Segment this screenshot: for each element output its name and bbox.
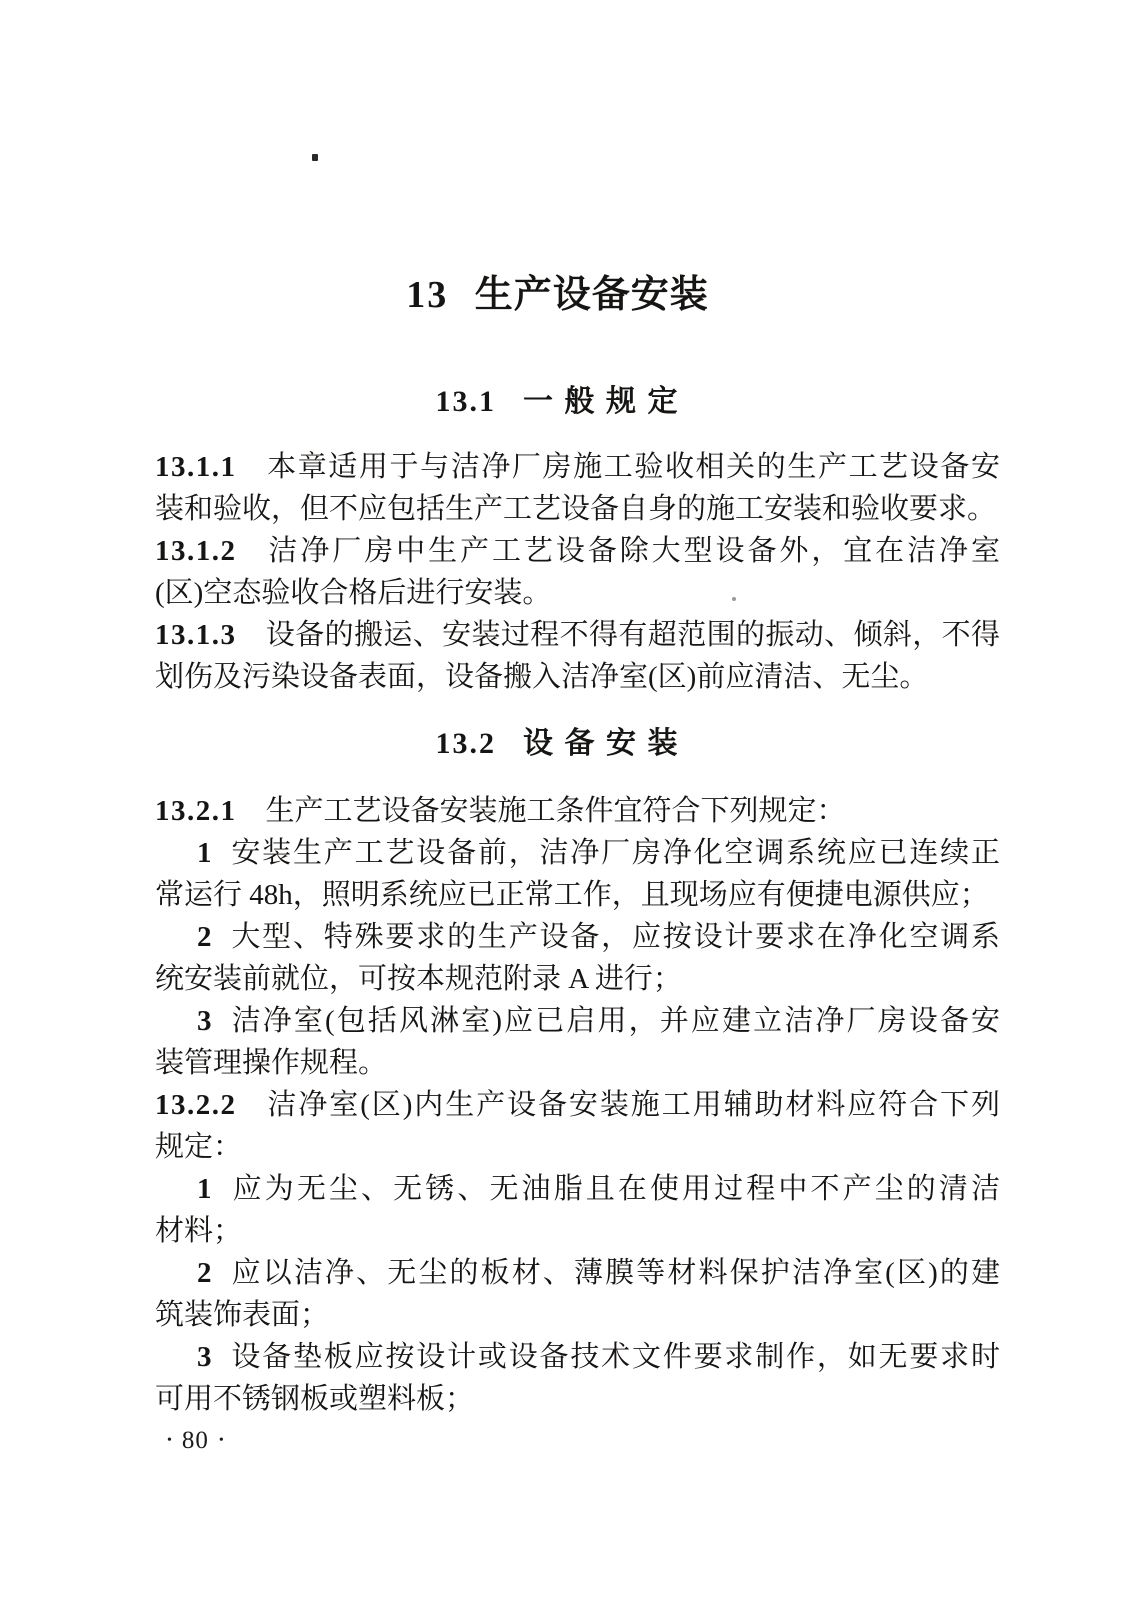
clause-number: 13.1.1 [155, 451, 237, 483]
item-number: 3 [197, 1005, 212, 1037]
item-2: 2应以洁净、无尘的板材、薄膜等材料保护洁净室(区)的建 筑装饰表面； [155, 1252, 1000, 1336]
footer-page-number: 80 [182, 1427, 209, 1455]
chapter-title-text: 生产设备安装 [475, 274, 709, 316]
item-text: 应为无尘、无锈、无油脂且在使用过程中不产尘的清洁 [230, 1173, 1000, 1205]
text-line: 常运行 48h，照明系统应已正常工作，且现场应有便捷电源供应； [155, 874, 1000, 916]
section-heading-13-2: 13.2设 备 安 装 [135, 726, 980, 762]
section-heading-13-1: 13.1一 般 规 定 [135, 384, 980, 420]
item-number: 1 [197, 1173, 212, 1205]
text-line: 统安装前就位，可按本规范附录 A 进行； [155, 958, 1000, 1000]
item-text: 洁净室(包括风淋室)应已启用，并应建立洁净厂房设备安 [230, 1005, 1000, 1037]
page-number: • 80 • [167, 1427, 224, 1455]
item-number: 3 [197, 1341, 212, 1373]
item-2: 2大型、特殊要求的生产设备，应按设计要求在净化空调系 统安装前就位，可按本规范附… [155, 916, 1000, 1000]
chapter-heading: 13生产设备安装 [135, 272, 980, 318]
item-number: 1 [197, 837, 212, 869]
text-line: 13.2.2洁净室(区)内生产设备安装施工用辅助材料应符合下列 [155, 1084, 1000, 1126]
chapter-number: 13 [406, 274, 448, 316]
footer-dot: • [167, 1434, 172, 1448]
text-line: 规定： [155, 1126, 1000, 1168]
item-text: 安装生产工艺设备前，洁净厂房净化空调系统应已连续正 [230, 837, 1000, 869]
section-13-2-body: 13.2.1生产工艺设备安装施工条件宜符合下列规定： 1安装生产工艺设备前，洁净… [155, 790, 1000, 1420]
text-line: 装和验收，但不应包括生产工艺设备自身的施工安装和验收要求。 [155, 488, 1000, 530]
item-text: 大型、特殊要求的生产设备，应按设计要求在净化空调系 [230, 921, 1000, 953]
section-title-text: 设 备 安 装 [523, 727, 680, 760]
document-page: 13生产设备安装 13.1一 般 规 定 13.1.1本章适用于与洁净厂房施工验… [0, 0, 1142, 1600]
item-number: 2 [197, 921, 212, 953]
clause-13-1-2: 13.1.2洁净厂房中生产工艺设备除大型设备外，宜在洁净室 (区)空态验收合格后… [155, 530, 1000, 614]
item-text: 应以洁净、无尘的板材、薄膜等材料保护洁净室(区)的建 [230, 1257, 1000, 1289]
footer-dot: • [219, 1434, 224, 1448]
section-title-text: 一 般 规 定 [523, 385, 680, 418]
text-line: 材料； [155, 1210, 1000, 1252]
text-line: 可用不锈钢板或塑料板； [155, 1378, 1000, 1420]
text-line: 装管理操作规程。 [155, 1042, 1000, 1084]
clause-13-2-2: 13.2.2洁净室(区)内生产设备安装施工用辅助材料应符合下列 规定： 1应为无… [155, 1084, 1000, 1420]
text-line: 13.1.3设备的搬运、安装过程不得有超范围的振动、倾斜，不得 [155, 614, 1000, 656]
item-3: 3洁净室(包括风淋室)应已启用，并应建立洁净厂房设备安 装管理操作规程。 [155, 1000, 1000, 1084]
clause-text: 本章适用于与洁净厂房施工验收相关的生产工艺设备安 [266, 451, 1001, 483]
text-line: 划伤及污染设备表面，设备搬入洁净室(区)前应清洁、无尘。 [155, 656, 1000, 698]
text-line: 筑装饰表面； [155, 1294, 1000, 1336]
clause-text: 洁净室(区)内生产设备安装施工用辅助材料应符合下列 [266, 1089, 1001, 1121]
text-line: 1安装生产工艺设备前，洁净厂房净化空调系统应已连续正 [155, 832, 1000, 874]
item-number: 2 [197, 1257, 212, 1289]
text-line: (区)空态验收合格后进行安装。 [155, 572, 1000, 614]
page-content: 13生产设备安装 13.1一 般 规 定 13.1.1本章适用于与洁净厂房施工验… [155, 0, 1000, 1420]
text-line: 3设备垫板应按设计或设备技术文件要求制作，如无要求时 [155, 1336, 1000, 1378]
clause-text: 洁净厂房中生产工艺设备除大型设备外，宜在洁净室 [266, 535, 1001, 567]
item-1: 1应为无尘、无锈、无油脂且在使用过程中不产尘的清洁 材料； [155, 1168, 1000, 1252]
text-line: 2应以洁净、无尘的板材、薄膜等材料保护洁净室(区)的建 [155, 1252, 1000, 1294]
clause-number: 13.1.3 [155, 619, 237, 651]
clause-number: 13.2.2 [155, 1089, 237, 1121]
clause-number: 13.1.2 [155, 535, 237, 567]
text-line: 13.1.2洁净厂房中生产工艺设备除大型设备外，宜在洁净室 [155, 530, 1000, 572]
text-line: 13.1.1本章适用于与洁净厂房施工验收相关的生产工艺设备安 [155, 446, 1000, 488]
text-line: 13.2.1生产工艺设备安装施工条件宜符合下列规定： [155, 790, 1000, 832]
text-line: 3洁净室(包括风淋室)应已启用，并应建立洁净厂房设备安 [155, 1000, 1000, 1042]
clause-number: 13.2.1 [155, 795, 237, 827]
clause-13-1-1: 13.1.1本章适用于与洁净厂房施工验收相关的生产工艺设备安 装和验收，但不应包… [155, 446, 1000, 530]
item-text: 设备垫板应按设计或设备技术文件要求制作，如无要求时 [230, 1341, 1000, 1373]
text-line: 2大型、特殊要求的生产设备，应按设计要求在净化空调系 [155, 916, 1000, 958]
section-number: 13.2 [436, 727, 497, 760]
clause-13-2-1: 13.2.1生产工艺设备安装施工条件宜符合下列规定： 1安装生产工艺设备前，洁净… [155, 790, 1000, 1084]
clause-13-1-3: 13.1.3设备的搬运、安装过程不得有超范围的振动、倾斜，不得 划伤及污染设备表… [155, 614, 1000, 698]
text-line: 1应为无尘、无锈、无油脂且在使用过程中不产尘的清洁 [155, 1168, 1000, 1210]
item-1: 1安装生产工艺设备前，洁净厂房净化空调系统应已连续正 常运行 48h，照明系统应… [155, 832, 1000, 916]
clause-text: 设备的搬运、安装过程不得有超范围的振动、倾斜，不得 [266, 619, 1001, 651]
section-number: 13.1 [436, 385, 497, 418]
section-13-1-body: 13.1.1本章适用于与洁净厂房施工验收相关的生产工艺设备安 装和验收，但不应包… [155, 446, 1000, 698]
item-3: 3设备垫板应按设计或设备技术文件要求制作，如无要求时 可用不锈钢板或塑料板； [155, 1336, 1000, 1420]
clause-text: 生产工艺设备安装施工条件宜符合下列规定： [266, 795, 846, 827]
